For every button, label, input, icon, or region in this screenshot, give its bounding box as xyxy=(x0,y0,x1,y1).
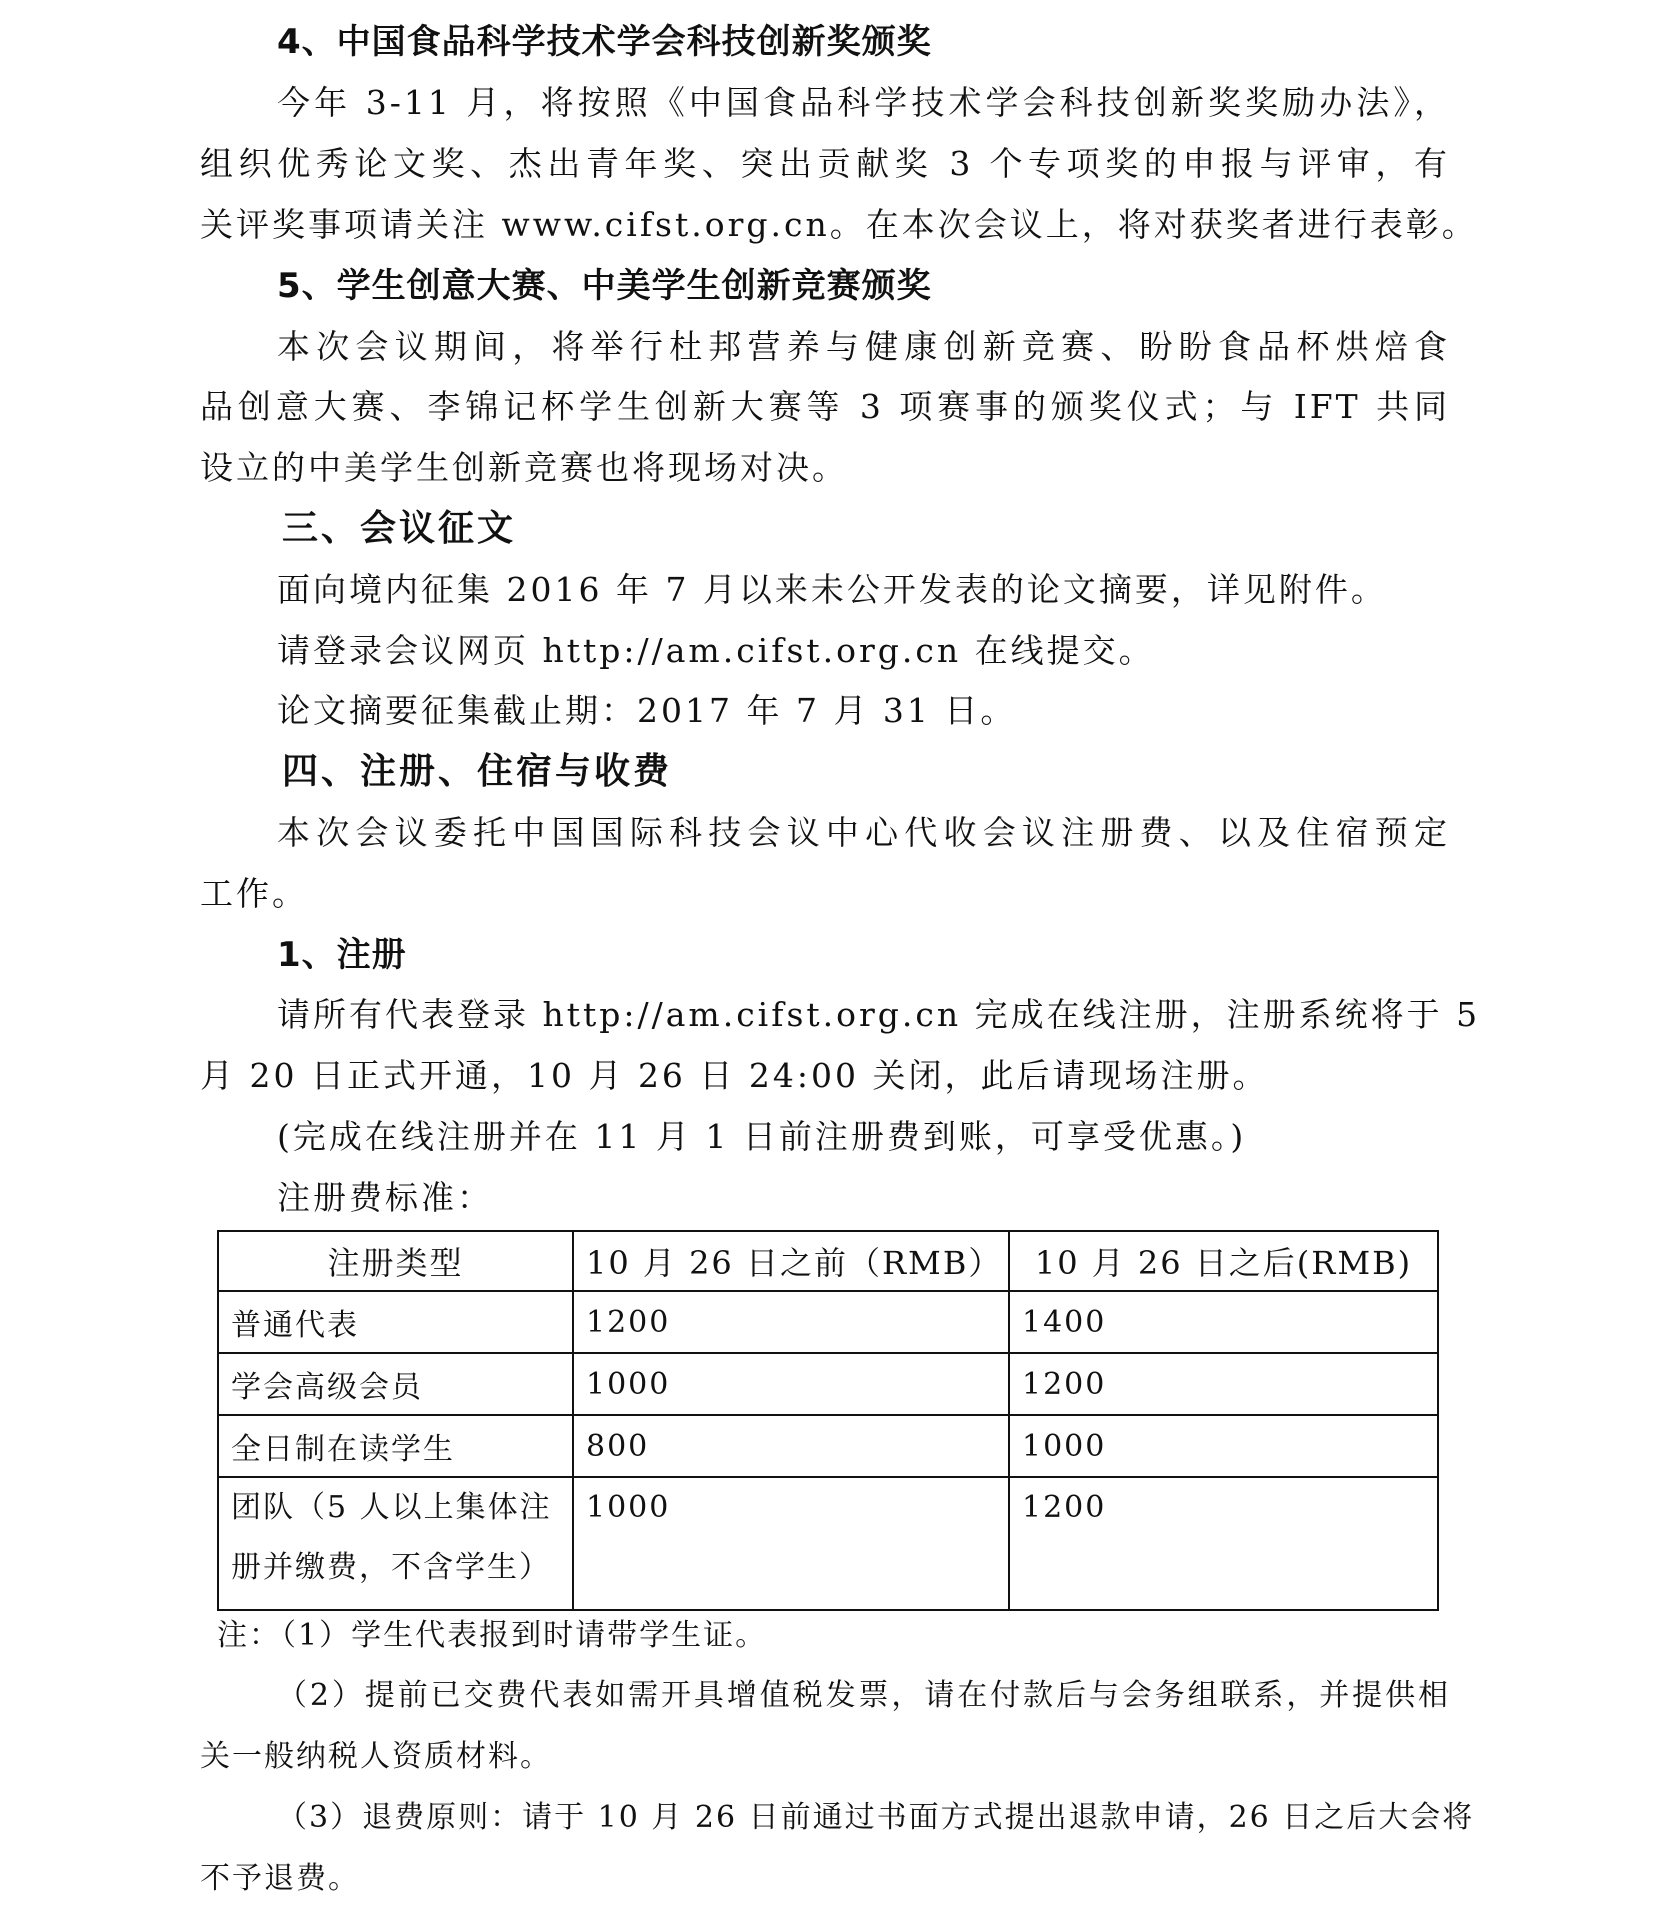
section-heading-call-for-papers: 三、会议征文 xyxy=(282,509,516,549)
cell-type: 全日制在读学生 xyxy=(218,1415,573,1477)
paragraph-line: 今年 3-11 月，将按照《中国食品科学技术学会科技创新奖奖励办法》， xyxy=(277,83,1450,123)
cell-before: 1000 xyxy=(573,1477,1009,1610)
cell-after: 1200 xyxy=(1009,1353,1438,1415)
header-registration-type: 注册类型 xyxy=(218,1231,573,1291)
cell-before: 800 xyxy=(573,1415,1009,1477)
heading-registration: 1、注册 xyxy=(277,935,407,975)
cell-before-value: 1000 xyxy=(586,1488,996,1528)
cell-type: 普通代表 xyxy=(218,1291,573,1353)
paragraph-line: 品创意大赛、李锦记杯学生创新大赛等 3 项赛事的颁奖仪式；与 IFT 共同 xyxy=(200,387,1450,427)
cell-after-value: 1200 xyxy=(1022,1488,1425,1528)
heading-science-award: 4、中国食品科学技术学会科技创新奖颁奖 xyxy=(277,22,932,62)
note-line: 不予退费。 xyxy=(200,1859,360,1899)
note-line: （3）退费原则：请于 10 月 26 日前通过书面方式提出退款申请，26 日之后… xyxy=(277,1798,1450,1838)
paragraph-line: 关评奖事项请关注 www.cifst.org.cn。在本次会议上，将对获奖者进行… xyxy=(200,205,1450,245)
header-after-oct26: 10 月 26 日之后(RMB) xyxy=(1009,1231,1438,1291)
paragraph-line: 请登录会议网页 http://am.cifst.org.cn 在线提交。 xyxy=(277,631,1155,671)
paragraph-line: 本次会议委托中国国际科技会议中心代收会议注册费、以及住宿预定 xyxy=(277,813,1450,853)
note-line: （2）提前已交费代表如需开具增值税发票，请在付款后与会务组联系，并提供相 xyxy=(277,1676,1450,1716)
paragraph-line: (完成在线注册并在 11 月 1 日前注册费到账，可享受优惠。) xyxy=(277,1117,1246,1157)
paragraph-line: 组织优秀论文奖、杰出青年奖、突出贡献奖 3 个专项奖的申报与评审，有 xyxy=(200,144,1450,184)
cell-before: 1000 xyxy=(573,1353,1009,1415)
fee-table-caption: 注册费标准： xyxy=(277,1178,493,1218)
paragraph-line: 面向境内征集 2016 年 7 月以来未公开发表的论文摘要，详见附件。 xyxy=(277,570,1387,610)
paragraph-line: 请所有代表登录 http://am.cifst.org.cn 完成在线注册，注册… xyxy=(277,995,1450,1035)
paragraph-line: 工作。 xyxy=(200,874,308,914)
paragraph-line: 本次会议期间，将举行杜邦营养与健康创新竞赛、盼盼食品杯烘焙食 xyxy=(277,327,1450,367)
cell-type: 团队（5 人以上集体注 册并缴费，不含学生） xyxy=(218,1477,573,1610)
table-row: 学会高级会员 1000 1200 xyxy=(218,1353,1438,1415)
table-header-row: 注册类型 10 月 26 日之前（RMB） 10 月 26 日之后(RMB) xyxy=(218,1231,1438,1291)
cell-type-line: 册并缴费，不含学生） xyxy=(231,1538,560,1598)
table-row: 普通代表 1200 1400 xyxy=(218,1291,1438,1353)
table-row: 团队（5 人以上集体注 册并缴费，不含学生） 1000 1200 xyxy=(218,1477,1438,1610)
note-line: 关一般纳税人资质材料。 xyxy=(200,1737,552,1777)
header-before-oct26: 10 月 26 日之前（RMB） xyxy=(573,1231,1009,1291)
heading-student-competition: 5、学生创意大赛、中美学生创新竞赛颁奖 xyxy=(277,266,932,306)
cell-after: 1400 xyxy=(1009,1291,1438,1353)
section-heading-registration: 四、注册、住宿与收费 xyxy=(282,752,672,792)
paragraph-line: 论文摘要征集截止期：2017 年 7 月 31 日。 xyxy=(277,691,1016,731)
paragraph-line: 月 20 日正式开通，10 月 26 日 24:00 关闭，此后请现场注册。 xyxy=(200,1056,1269,1096)
paragraph-line: 设立的中美学生创新竞赛也将现场对决。 xyxy=(200,448,848,488)
registration-fee-table: 注册类型 10 月 26 日之前（RMB） 10 月 26 日之后(RMB) 普… xyxy=(217,1230,1439,1611)
table-row: 全日制在读学生 800 1000 xyxy=(218,1415,1438,1477)
cell-after: 1200 xyxy=(1009,1477,1438,1610)
note-line: 注：（1）学生代表报到时请带学生证。 xyxy=(217,1616,767,1656)
cell-before: 1200 xyxy=(573,1291,1009,1353)
cell-type-line: 团队（5 人以上集体注 xyxy=(231,1478,560,1538)
cell-type: 学会高级会员 xyxy=(218,1353,573,1415)
cell-after: 1000 xyxy=(1009,1415,1438,1477)
